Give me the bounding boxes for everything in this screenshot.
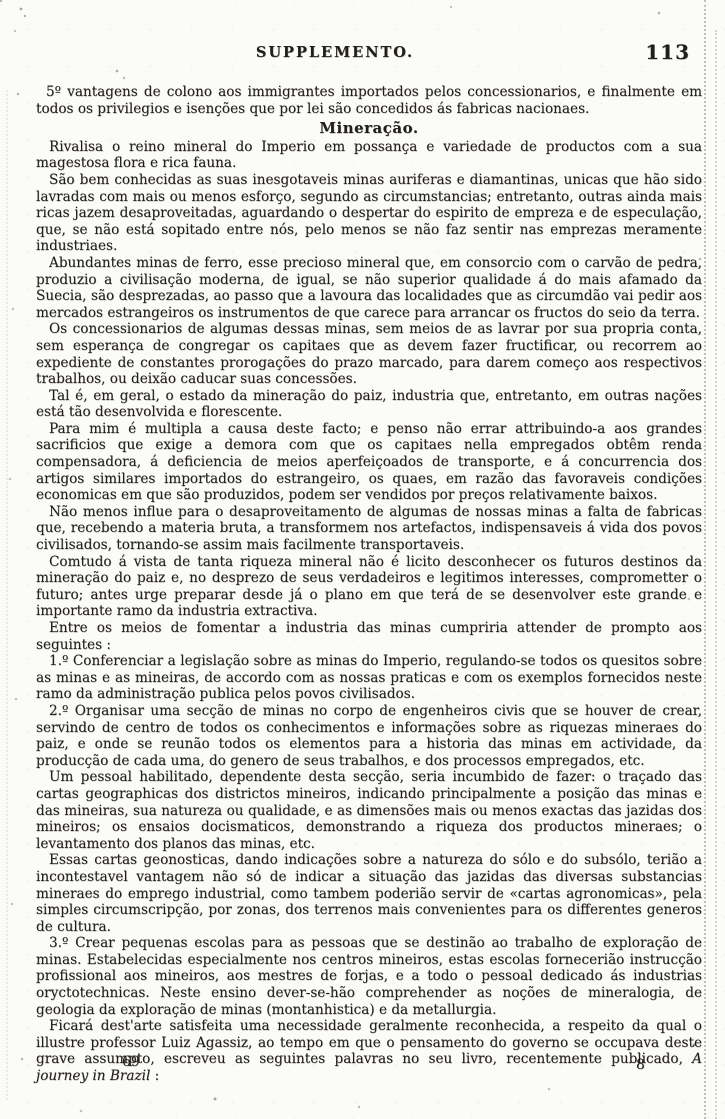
scan-artifact-dotted-line-right-outer — [715, 30, 717, 1119]
paragraph: 3.º Crear pequenas escolas para as pesso… — [36, 935, 702, 1018]
page-number: 113 — [645, 40, 690, 64]
paragraph: Essas cartas geonosticas, dando indicaçõ… — [36, 852, 702, 935]
scanned-book-page: SUPPLEMENTO. 113 5º vantagens de colono … — [0, 0, 725, 1119]
paragraph: Comtudo á vista de tanta riqueza mineral… — [36, 554, 702, 620]
paragraph: Abundantes minas de ferro, esse precioso… — [36, 255, 702, 321]
closing-suffix: : — [150, 1068, 159, 1084]
scan-artifact-dotted-line-right — [704, 0, 706, 1119]
paragraph: Entre os meios de fomentar a industria d… — [36, 620, 702, 653]
paragraph: Não menos influe para o desaproveitament… — [36, 504, 702, 554]
running-title: SUPPLEMENTO. — [2, 44, 668, 61]
signature-mark-right: 8 — [636, 1057, 645, 1073]
scan-artifact-dotted-line-left — [6, 90, 8, 1100]
closing-paragraph: Ficará dest'arte satisfeita uma necessid… — [36, 1018, 702, 1084]
paragraph: São bem conhecidas as suas inesgotaveis … — [36, 172, 702, 255]
continuation-paragraph: 5º vantagens de colono aos immigrantes i… — [36, 84, 702, 117]
paragraph: 1.º Conferenciar a legislação sobre as m… — [36, 653, 702, 703]
page-content: SUPPLEMENTO. 113 5º vantagens de colono … — [36, 44, 702, 1085]
section-heading: Mineração. — [36, 120, 702, 137]
signature-mark-left: 69 — [122, 1054, 140, 1070]
paragraph: Os concessionarios de algumas dessas min… — [36, 321, 702, 387]
paragraph: 2.º Organisar uma secção de minas no cor… — [36, 703, 702, 769]
paragraph: Para mim é multipla a causa deste facto;… — [36, 421, 702, 504]
page-header: SUPPLEMENTO. 113 — [36, 44, 702, 70]
body-text: 5º vantagens de colono aos immigrantes i… — [36, 84, 702, 1085]
paragraph: Um pessoal habilitado, dependente desta … — [36, 769, 702, 852]
paragraph: Rivalisa o reino mineral do Imperio em p… — [36, 139, 702, 172]
scan-noise-specks — [0, 0, 2, 2]
paragraph: Tal é, em geral, o estado da mineração d… — [36, 388, 702, 421]
